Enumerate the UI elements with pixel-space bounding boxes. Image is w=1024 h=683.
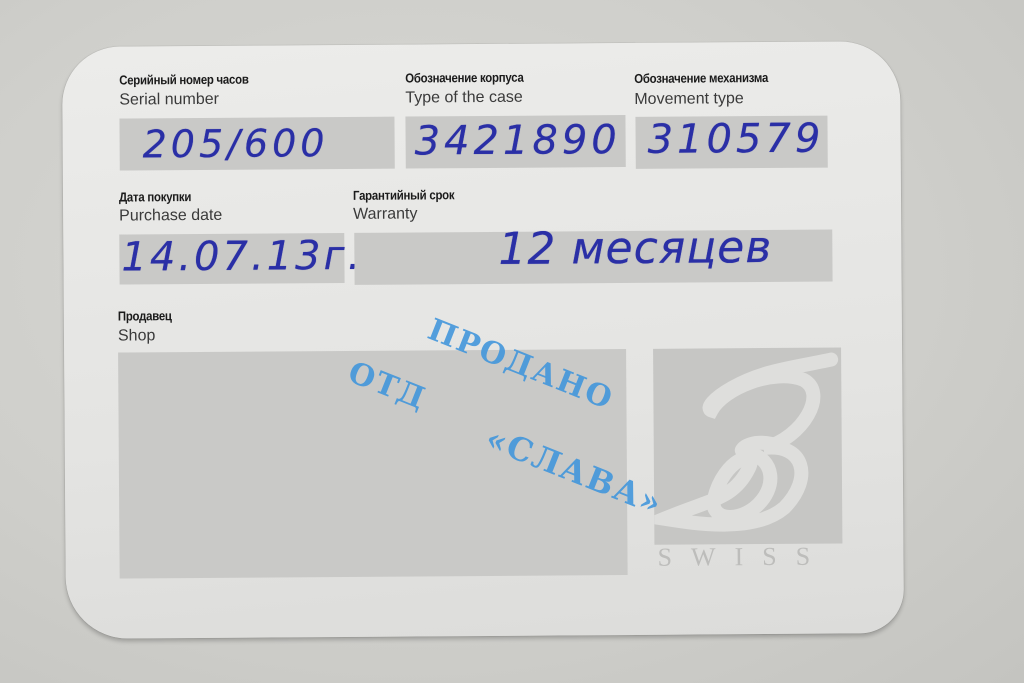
purchase-date-value: 14.07.13г. [121,233,363,281]
serial-value: 205/600 [142,121,328,166]
purchase-date-label-ru: Дата покупки [119,189,191,205]
warranty-card: Серийный номер часов Serial number 205/6… [62,41,904,639]
warranty-label-ru: Гарантийный срок [353,187,454,203]
serial-label-ru: Серийный номер часов [119,72,249,88]
shop-label-ru: Продавец [118,308,172,323]
case-label-ru: Обозначение корпуса [405,70,523,86]
case-value: 3421890 [414,117,620,164]
logo-box [653,348,842,545]
serial-label-en: Serial number [119,91,219,110]
warranty-label-en: Warranty [353,205,417,223]
shop-label-en: Shop [118,327,155,345]
b-monogram-icon [653,348,842,545]
movement-value: 310579 [647,116,824,163]
warranty-value: 12 месяцев [498,222,772,275]
movement-label-ru: Обозначение механизма [634,70,768,86]
purchase-date-label-en: Purchase date [119,207,222,226]
case-label-en: Type of the case [405,89,523,108]
movement-label-en: Movement type [634,90,744,109]
brand-swiss: SWISS [657,542,829,573]
